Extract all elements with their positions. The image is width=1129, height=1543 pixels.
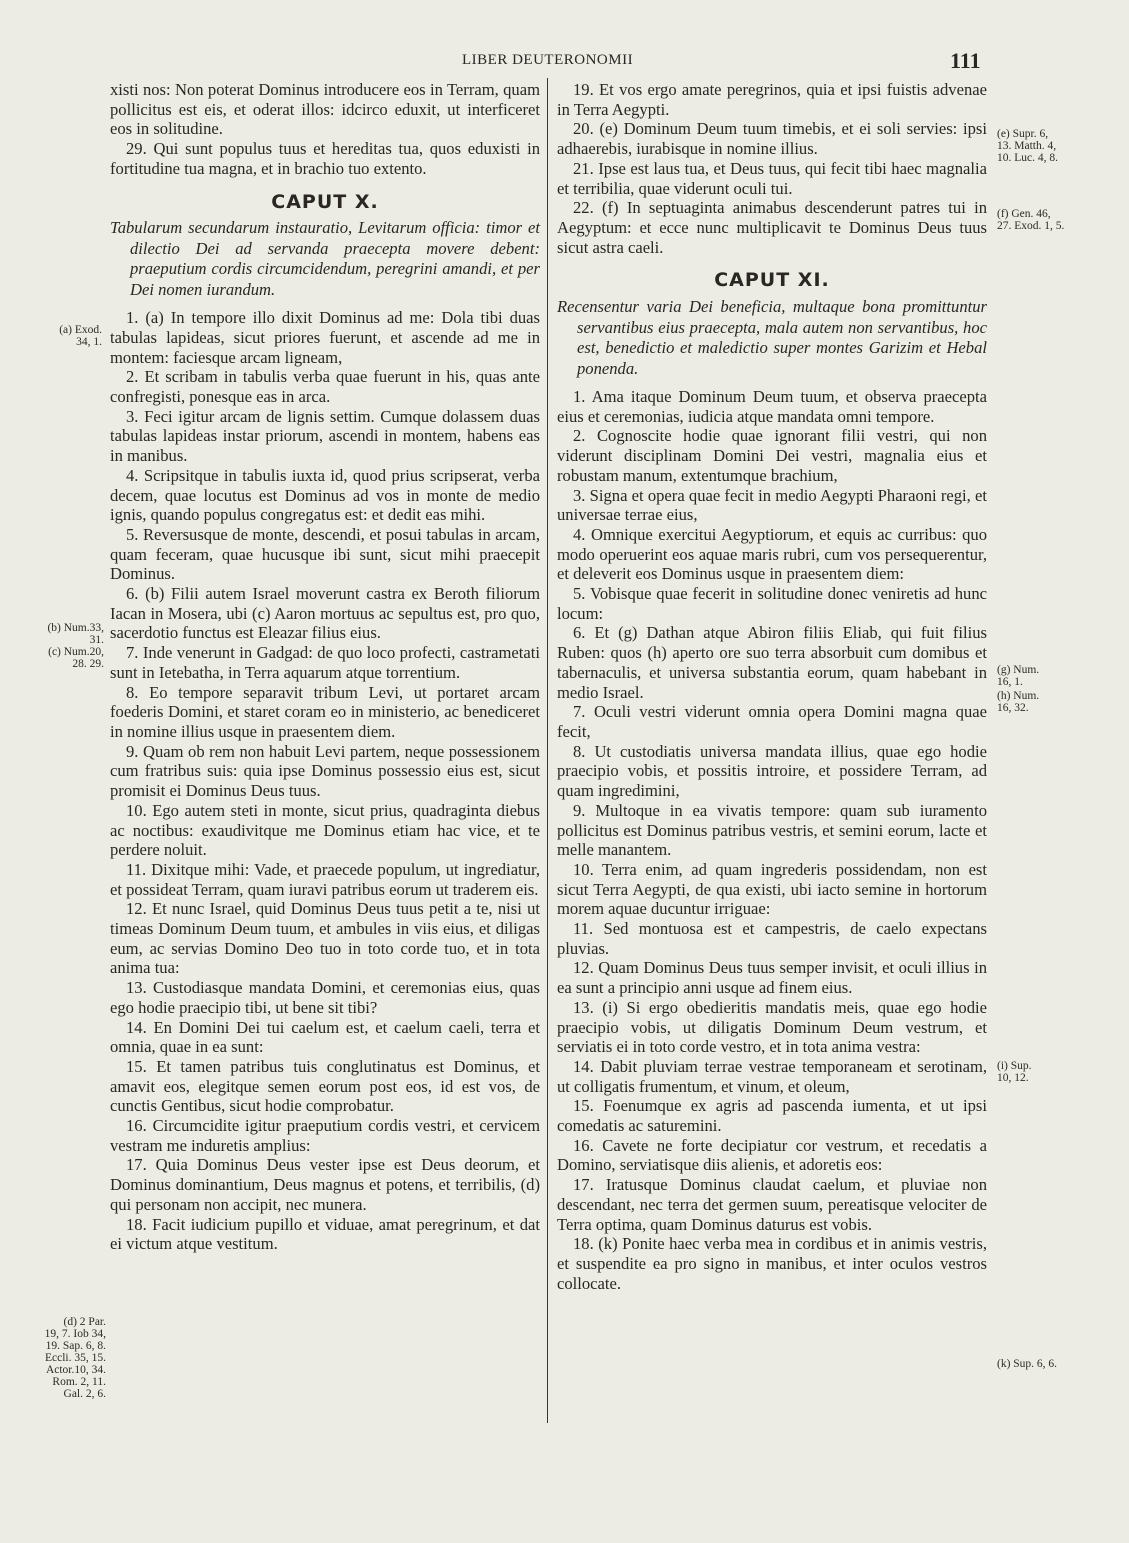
verse: 1. (a) In tempore illo dixit Dominus ad …	[110, 308, 540, 367]
verse: 13. (i) Si ergo obedieritis mandatis mei…	[557, 998, 987, 1057]
verse: 9. Multoque in ea vivatis tempore: quam …	[557, 801, 987, 860]
margin-note-e: (e) Supr. 6, 13. Matth. 4, 10. Luc. 4, 8…	[997, 128, 1058, 164]
margin-note-k: (k) Sup. 6, 6.	[997, 1358, 1057, 1370]
verse: 18. (k) Ponite haec verba mea in cordibu…	[557, 1234, 987, 1293]
verse: 13. Custodiasque mandata Domini, et cere…	[110, 978, 540, 1017]
verse: 2. Cognoscite hodie quae ignorant filii …	[557, 426, 987, 485]
verse: 4. Scripsitque in tabulis iuxta id, quod…	[110, 466, 540, 525]
verse: 6. (b) Filii autem Israel moverunt castr…	[110, 584, 540, 643]
verse: 9. Quam ob rem non habuit Levi partem, n…	[110, 742, 540, 801]
chapter-title: CAPUT X.	[110, 193, 540, 213]
verse: 1. Ama itaque Dominum Deum tuum, et obse…	[557, 387, 987, 426]
verse: 10. Terra enim, ad quam ingrederis possi…	[557, 860, 987, 919]
verse: 5. Reversusque de monte, descendi, et po…	[110, 525, 540, 584]
verse-29: 29. Qui sunt populus tuus et hereditas t…	[110, 139, 540, 178]
margin-note-i: (i) Sup. 10, 12.	[997, 1060, 1032, 1084]
verse: 2. Et scribam in tabulis verba quae fuer…	[110, 367, 540, 406]
margin-note-b: (b) Num.33, 31.	[18, 622, 104, 646]
chapter-title: CAPUT XI.	[557, 271, 987, 291]
margin-note-h: (h) Num. 16, 32.	[997, 690, 1039, 714]
column-divider	[547, 78, 548, 1423]
verse-list: 1. (a) In tempore illo dixit Dominus ad …	[110, 308, 540, 1254]
verse-list-before: 19. Et vos ergo amate peregrinos, quia e…	[557, 80, 987, 257]
verse: 14. Dabit pluviam terrae vestrae tempora…	[557, 1057, 987, 1096]
verse: 5. Vobisque quae fecerit in solitudine d…	[557, 584, 987, 623]
verse: 15. Foenumque ex agris ad pascenda iumen…	[557, 1096, 987, 1135]
verse: 19. Et vos ergo amate peregrinos, quia e…	[557, 80, 987, 119]
verse: 4. Omnique exercitui Aegyptiorum, et equ…	[557, 525, 987, 584]
margin-note-d: (d) 2 Par. 19, 7. Iob 34, 19. Sap. 6, 8.…	[14, 1316, 106, 1400]
verse: 12. Et nunc Israel, quid Dominus Deus tu…	[110, 899, 540, 978]
chapter-summary: Tabularum secundarum instauratio, Levita…	[110, 218, 540, 300]
verse: 16. Cavete ne forte decipiatur cor vestr…	[557, 1136, 987, 1175]
verse: 14. En Domini Dei tui caelum est, et cae…	[110, 1018, 540, 1057]
right-column: 19. Et vos ergo amate peregrinos, quia e…	[557, 80, 987, 1293]
verse: 18. Facit iudicium pupillo et viduae, am…	[110, 1215, 540, 1254]
verse: 3. Feci igitur arcam de lignis settim. C…	[110, 407, 540, 466]
verse: 7. Inde venerunt in Gadgad: de quo loco …	[110, 643, 540, 682]
verse-list: 1. Ama itaque Dominum Deum tuum, et obse…	[557, 387, 987, 1293]
continuation-text: xisti nos: Non poterat Dominus introduce…	[110, 80, 540, 139]
verse: 15. Et tamen patribus tuis conglutinatus…	[110, 1057, 540, 1116]
page-header: LIBER DEUTERONOMII 111	[0, 50, 1129, 74]
left-column: xisti nos: Non poterat Dominus introduce…	[110, 80, 540, 1254]
verse: 3. Signa et opera quae fecit in medio Ae…	[557, 486, 987, 525]
verse: 7. Oculi vestri viderunt omnia opera Dom…	[557, 702, 987, 741]
verse: 11. Sed montuosa est et campestris, de c…	[557, 919, 987, 958]
verse: 8. Ut custodiatis universa mandata illiu…	[557, 742, 987, 801]
verse: 17. Quia Dominus Deus vester ipse est De…	[110, 1155, 540, 1214]
verse: 8. Eo tempore separavit tribum Levi, ut …	[110, 683, 540, 742]
margin-note-f: (f) Gen. 46, 27. Exod. 1, 5.	[997, 208, 1064, 232]
verse: 6. Et (g) Dathan atque Abiron filiis Eli…	[557, 623, 987, 702]
verse: 20. (e) Dominum Deum tuum timebis, et ei…	[557, 119, 987, 158]
verse: 16. Circumcidite igitur praeputium cordi…	[110, 1116, 540, 1155]
margin-note-c: (c) Num.20, 28. 29.	[18, 646, 104, 670]
chapter-summary: Recensentur varia Dei beneficia, multaqu…	[557, 297, 987, 379]
page-number: 111	[950, 48, 981, 74]
verse: 11. Dixitque mihi: Vade, et praecede pop…	[110, 860, 540, 899]
verse: 22. (f) In septuaginta animabus descende…	[557, 198, 987, 257]
verse: 21. Ipse est laus tua, et Deus tuus, qui…	[557, 159, 987, 198]
verse: 17. Iratusque Dominus claudat caelum, et…	[557, 1175, 987, 1234]
margin-note-g: (g) Num. 16, 1.	[997, 664, 1039, 688]
margin-note-a: (a) Exod. 34, 1.	[22, 324, 102, 348]
running-title: LIBER DEUTERONOMII	[462, 52, 633, 69]
verse: 12. Quam Dominus Deus tuus semper invisi…	[557, 958, 987, 997]
verse: 10. Ego autem steti in monte, sicut priu…	[110, 801, 540, 860]
